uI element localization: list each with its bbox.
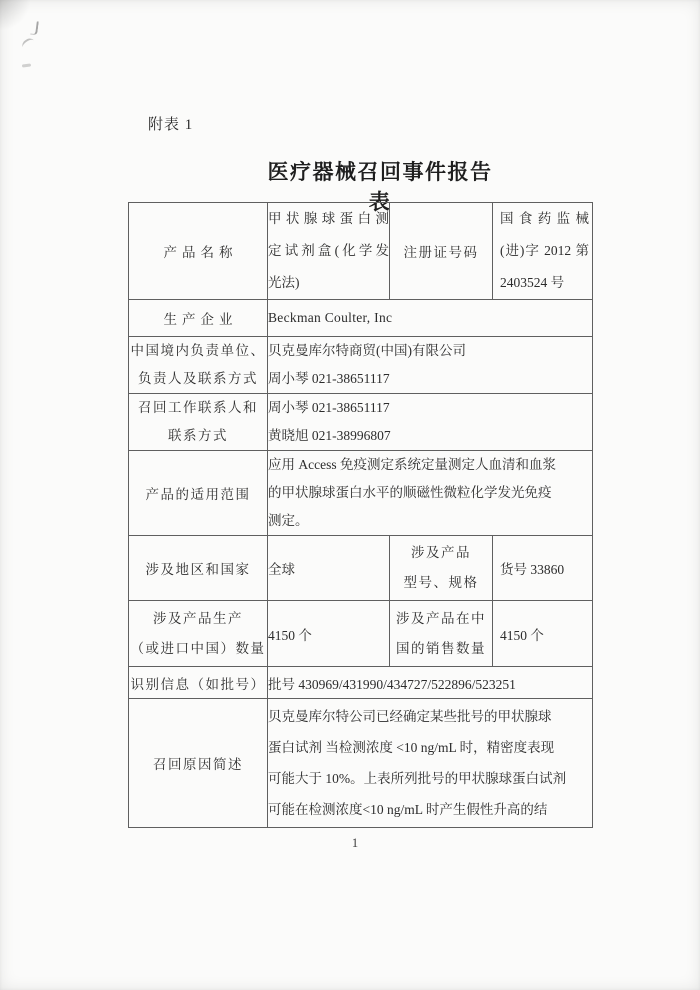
pen-mark [30, 21, 39, 36]
manufacturer-label: 生产企业 [129, 300, 268, 337]
attachment-label: 附表 1 [148, 113, 193, 134]
recall-reason-value: 贝克曼库尔特公司已经确定某些批号的甲状腺球蛋白试剂 当检测浓度 <10 ng/m… [268, 699, 593, 828]
row-identification: 识别信息（如批号） 批号 430969/431990/434727/522896… [129, 667, 593, 699]
intended-use-value: 应用 Access 免疫测定系统定量测定人血清和血浆的甲状腺球蛋白水平的顺磁性微… [268, 451, 593, 536]
china-sales-quantity-value: 4150 个 [493, 601, 593, 667]
manufacturer-value: Beckman Coulter, Inc [268, 300, 593, 337]
row-china-agent: 中国境内负责单位、负责人及联系方式 贝克曼库尔特商贸(中国)有限公司周小琴 02… [129, 337, 593, 394]
row-quantity: 涉及产品生产（或进口中国）数量 4150 个 涉及产品在中国的销售数量 4150… [129, 601, 593, 667]
recall-report-table: 产品名称 甲状腺球蛋白测定试剂盒(化学发光法) 注册证号码 国食药监械(进)字 … [128, 202, 593, 828]
product-name-label: 产品名称 [129, 203, 268, 300]
row-recall-contact: 召回工作联系人和联系方式 周小琴 021-38651117黄晓旭 021-389… [129, 394, 593, 451]
pen-mark [22, 63, 31, 67]
recall-contact-value: 周小琴 021-38651117黄晓旭 021-38996807 [268, 394, 593, 451]
row-product-name: 产品名称 甲状腺球蛋白测定试剂盒(化学发光法) 注册证号码 国食药监械(进)字 … [129, 203, 593, 300]
identification-label: 识别信息（如批号） [129, 667, 268, 699]
page-number: 1 [330, 836, 380, 851]
product-name-value: 甲状腺球蛋白测定试剂盒(化学发光法) [268, 203, 390, 300]
production-quantity-label: 涉及产品生产（或进口中国）数量 [129, 601, 268, 667]
model-spec-value: 货号 33860 [493, 536, 593, 601]
regions-value: 全球 [268, 536, 390, 601]
intended-use-label: 产品的适用范围 [129, 451, 268, 536]
scanned-document-page: 附表 1 医疗器械召回事件报告表 产品名称 甲状腺球蛋白测定试剂盒(化学发光法)… [0, 0, 700, 990]
registration-number-value: 国食药监械(进)字 2012 第2403524 号 [493, 203, 593, 300]
model-spec-label: 涉及产品型号、规格 [390, 536, 493, 601]
china-agent-label: 中国境内负责单位、负责人及联系方式 [129, 337, 268, 394]
scan-corner-shadow [0, 0, 30, 30]
regions-label: 涉及地区和国家 [129, 536, 268, 601]
china-agent-value: 贝克曼库尔特商贸(中国)有限公司周小琴 021-38651117 [268, 337, 593, 394]
row-intended-use: 产品的适用范围 应用 Access 免疫测定系统定量测定人血清和血浆的甲状腺球蛋… [129, 451, 593, 536]
row-manufacturer: 生产企业 Beckman Coulter, Inc [129, 300, 593, 337]
recall-contact-label: 召回工作联系人和联系方式 [129, 394, 268, 451]
registration-number-label: 注册证号码 [390, 203, 493, 300]
row-recall-reason: 召回原因简述 贝克曼库尔特公司已经确定某些批号的甲状腺球蛋白试剂 当检测浓度 <… [129, 699, 593, 828]
identification-value: 批号 430969/431990/434727/522896/523251 [268, 667, 593, 699]
row-regions: 涉及地区和国家 全球 涉及产品型号、规格 货号 33860 [129, 536, 593, 601]
pen-mark [20, 36, 36, 51]
recall-reason-label: 召回原因简述 [129, 699, 268, 828]
production-quantity-value: 4150 个 [268, 601, 390, 667]
china-sales-quantity-label: 涉及产品在中国的销售数量 [390, 601, 493, 667]
